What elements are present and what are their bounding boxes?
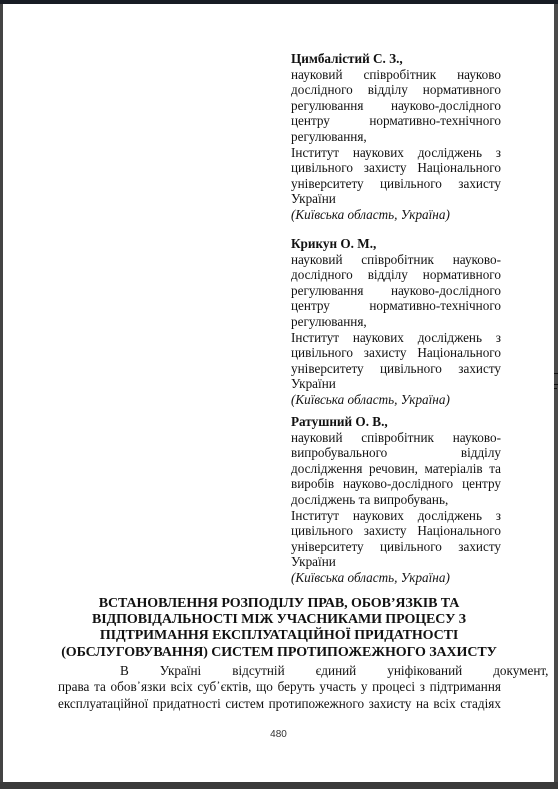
author-location: (Київська область, Україна): [291, 207, 501, 223]
affiliation-line: цивільногозахистуНаціонального: [291, 345, 501, 361]
affiliation-line: регулюваннянауково-дослідного: [291, 283, 501, 299]
affiliation-line: дослідноговідділунормативного: [291, 267, 501, 283]
author-block: Ратушний О. В., науковийспівробітникнаук…: [291, 414, 501, 586]
viewer-bottom-bar: [0, 782, 558, 789]
affiliation-line: центрунормативно-технічного: [291, 298, 501, 314]
title-line: ВІДПОВІДАЛЬНОСТІ МІЖ УЧАСНИКАМИ ПРОЦЕСУ …: [43, 612, 515, 628]
scrollbar-marker: [554, 373, 558, 374]
affiliation-line: Інститутнауковихдослідженьз: [291, 145, 501, 161]
scrollbar-marker: [554, 384, 558, 385]
author-name: Крикун О. М.,: [291, 236, 501, 252]
affiliation-line: регулювання,: [291, 314, 501, 330]
author-name: Ратушний О. В.,: [291, 414, 501, 430]
affiliation-line: виробівнауково-дослідногоцентру: [291, 476, 501, 492]
affiliation-line: України: [291, 191, 501, 207]
author-location: (Київська область, Україна): [291, 392, 501, 408]
affiliation-line: України: [291, 554, 501, 570]
affiliation-line: університетуцивільногозахисту: [291, 176, 501, 192]
document-viewer: Цимбалістий С. З., науковийспівробітникн…: [0, 0, 558, 789]
affiliation-line: Інститутнауковихдослідженьз: [291, 508, 501, 524]
affiliation-line: України: [291, 376, 501, 392]
body-line: праватаобов᾿язкивсіхсуб᾿єктів,щоберутьуч…: [58, 679, 501, 695]
affiliation-line: науковийспівробітникнауково-: [291, 430, 501, 446]
body-line: експлуатаційноїпридатностісистемпротипож…: [58, 696, 501, 712]
scrollbar-marker: [554, 388, 557, 389]
affiliation-line: дослідноговідділунормативного: [291, 82, 501, 98]
author-block: Цимбалістий С. З., науковийспівробітникн…: [291, 51, 501, 223]
affiliation-line: науковийспівробітникнауково-: [291, 252, 501, 268]
affiliation-line: університетуцивільногозахисту: [291, 539, 501, 555]
affiliation-line: цивільногозахистуНаціонального: [291, 160, 501, 176]
title-line: ВСТАНОВЛЕННЯ РОЗПОДІЛУ ПРАВ, ОБОВ’ЯЗКІВ …: [43, 596, 515, 612]
affiliation-line: науковийспівробітникнауково: [291, 67, 501, 83]
affiliation-line: регулювання,: [291, 129, 501, 145]
affiliation-line: Інститутнауковихдослідженьз: [291, 330, 501, 346]
affiliation-line: університетуцивільногозахисту: [291, 361, 501, 377]
author-location: (Київська область, Україна): [291, 570, 501, 586]
affiliation-line: центрунормативно-технічного: [291, 113, 501, 129]
affiliation-line: випробувальноговідділу: [291, 445, 501, 461]
author-block: Крикун О. М., науковийспівробітникнауков…: [291, 236, 501, 408]
author-name: Цимбалістий С. З.,: [291, 51, 501, 67]
body-paragraph: ВУкраїнівідсутнійєдинийуніфікованийдокум…: [58, 663, 501, 712]
affiliation-line: цивільногозахистуНаціонального: [291, 523, 501, 539]
affiliation-line: регулюваннянауково-дослідного: [291, 98, 501, 114]
affiliation-line: досліджень та випробувань,: [291, 492, 501, 508]
page-number: 480: [3, 729, 554, 740]
title-line: ПІДТРИМАННЯ ЕКСПЛУАТАЦІЙНОЇ ПРИДАТНОСТІ: [43, 628, 515, 644]
body-line: ВУкраїнівідсутнійєдинийуніфікованийдокум…: [58, 663, 501, 679]
title-line: (ОБСЛУГОВУВАННЯ) СИСТЕМ ПРОТИПОЖЕЖНОГО З…: [43, 645, 515, 661]
article-title: ВСТАНОВЛЕННЯ РОЗПОДІЛУ ПРАВ, ОБОВ’ЯЗКІВ …: [43, 596, 515, 661]
affiliation-line: дослідженняречовин,матеріалівта: [291, 461, 501, 477]
document-page: Цимбалістий С. З., науковийспівробітникн…: [3, 4, 554, 782]
